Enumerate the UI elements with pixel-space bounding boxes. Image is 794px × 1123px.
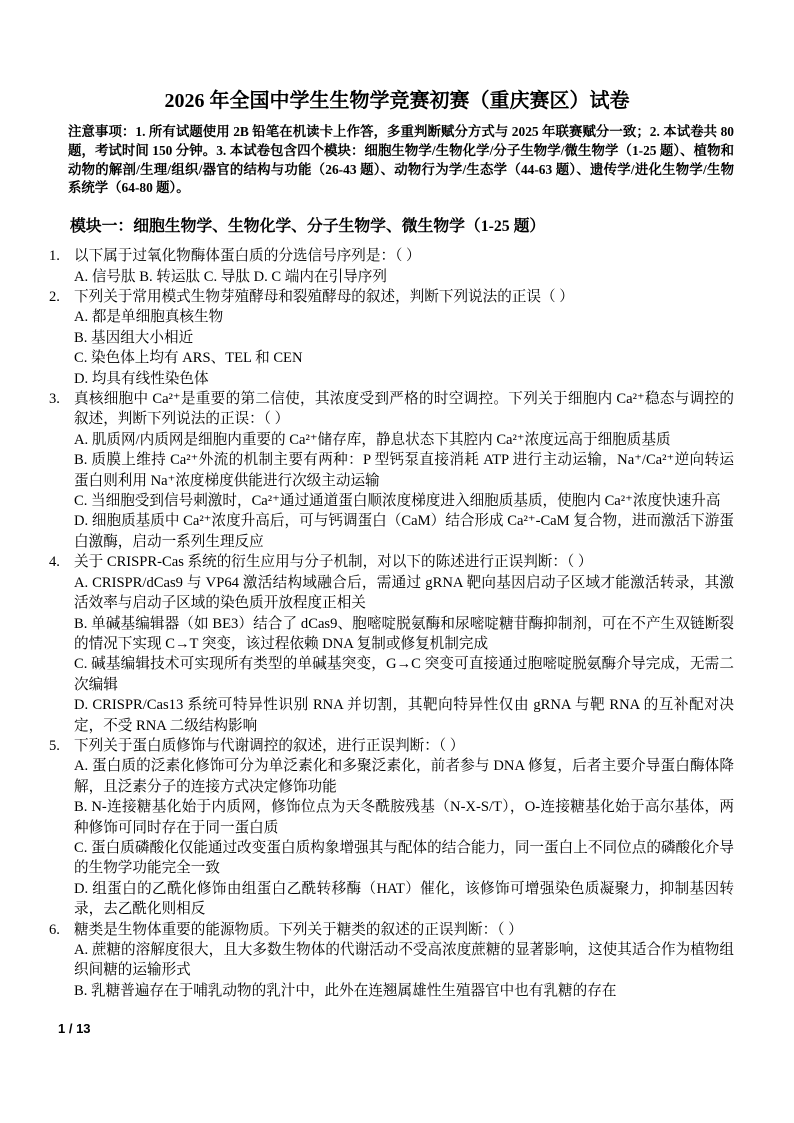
question-option: B. 乳糖普遍存在于哺乳动物的乳汁中，此外在连翘属雄性生殖器官中也有乳糖的存在 [74,981,734,1001]
question-number: 5. [49,736,60,756]
question-number: 3. [49,389,60,409]
question-number: 1. [49,246,60,266]
question-list: 1. 以下属于过氧化物酶体蛋白质的分选信号序列是：（ ） A. 信号肽 B. 转… [70,246,734,1001]
question-number: 2. [49,287,60,307]
question-option: A. 蛋白质的泛素化修饰可分为单泛素化和多聚泛素化，前者参与 DNA 修复，后者… [74,756,734,797]
question-option: D. 组蛋白的乙酰化修饰由组蛋白乙酰转移酶（HAT）催化，该修饰可增强染色质凝聚… [74,879,734,920]
question-stem: 下列关于蛋白质修饰与代谢调控的叙述，进行正误判断：（ ） [74,736,734,756]
question-option: C. 染色体上均有 ARS、TEL 和 CEN [74,348,734,368]
module-heading: 模块一：细胞生物学、生物化学、分子生物学、微生物学（1-25 题） [70,215,734,239]
question-stem: 糖类是生物体重要的能源物质。下列关于糖类的叙述的正误判断：（ ） [74,920,734,940]
question-stem: 下列关于常用模式生物芽殖酵母和裂殖酵母的叙述，判断下列说法的正误（ ） [74,287,734,307]
question-stem: 以下属于过氧化物酶体蛋白质的分选信号序列是：（ ） [74,246,734,266]
question-option: B. 基因组大小相近 [74,328,734,348]
question-option: A. 蔗糖的溶解度很大，且大多数生物体的代谢活动不受高浓度蔗糖的显著影响，这使其… [74,940,734,981]
question-number: 6. [49,920,60,940]
question-stem: 关于 CRISPR-Cas 系统的衍生应用与分子机制，对以下的陈述进行正误判断：… [74,552,734,572]
question-number: 4. [49,552,60,572]
question-1: 1. 以下属于过氧化物酶体蛋白质的分选信号序列是：（ ） A. 信号肽 B. 转… [70,246,734,287]
question-6: 6. 糖类是生物体重要的能源物质。下列关于糖类的叙述的正误判断：（ ） A. 蔗… [70,920,734,1002]
question-option: C. 当细胞受到信号刺激时，Ca²⁺通过通道蛋白顺浓度梯度进入细胞质基质，使胞内… [74,491,734,511]
question-option: A. CRISPR/dCas9 与 VP64 激活结构域融合后，需通过 gRNA… [74,573,734,614]
question-option: D. 细胞质基质中 Ca²⁺浓度升高后，可与钙调蛋白（CaM）结合形成 Ca²⁺… [74,511,734,552]
question-option: D. CRISPR/Cas13 系统可特异性识别 RNA 并切割，其靶向特异性仅… [74,695,734,736]
page-title: 2026 年全国中学生生物学竞赛初赛（重庆赛区）试卷 [0,0,794,114]
page-number: 1 / 13 [58,1021,91,1036]
question-option: C. 碱基编辑技术可实现所有类型的单碱基突变，G→C 突变可直接通过胞嘧啶脱氨酶… [74,654,734,695]
question-option: B. 单碱基编辑器（如 BE3）结合了 dCas9、胞嘧啶脱氨酶和尿嘧啶糖苷酶抑… [74,614,734,655]
question-4: 4. 关于 CRISPR-Cas 系统的衍生应用与分子机制，对以下的陈述进行正误… [70,552,734,736]
question-option: A. 信号肽 B. 转运肽 C. 导肽 D. C 端内在引导序列 [74,267,734,287]
question-option: C. 蛋白质磷酸化仅能通过改变蛋白质构象增强其与配体的结合能力，同一蛋白上不同位… [74,838,734,879]
question-2: 2. 下列关于常用模式生物芽殖酵母和裂殖酵母的叙述，判断下列说法的正误（ ） A… [70,287,734,389]
question-option: D. 均具有线性染色体 [74,369,734,389]
question-option: B. N-连接糖基化始于内质网，修饰位点为天冬酰胺残基（N-X-S/T），O-连… [74,797,734,838]
question-option: A. 都是单细胞真核生物 [74,307,734,327]
question-option: A. 肌质网/内质网是细胞内重要的 Ca²⁺储存库，静息状态下其腔内 Ca²⁺浓… [74,430,734,450]
question-5: 5. 下列关于蛋白质修饰与代谢调控的叙述，进行正误判断：（ ） A. 蛋白质的泛… [70,736,734,920]
question-option: B. 质膜上维持 Ca²⁺外流的机制主要有两种：P 型钙泵直接消耗 ATP 进行… [74,450,734,491]
question-3: 3. 真核细胞中 Ca²⁺是重要的第二信使，其浓度受到严格的时空调控。下列关于细… [70,389,734,552]
exam-page: 2026 年全国中学生生物学竞赛初赛（重庆赛区）试卷 注意事项：1. 所有试题使… [0,0,794,1123]
question-stem: 真核细胞中 Ca²⁺是重要的第二信使，其浓度受到严格的时空调控。下列关于细胞内 … [74,389,734,430]
exam-notice: 注意事项：1. 所有试题使用 2B 铅笔在机读卡上作答，多重判断赋分方式与 20… [68,123,734,198]
